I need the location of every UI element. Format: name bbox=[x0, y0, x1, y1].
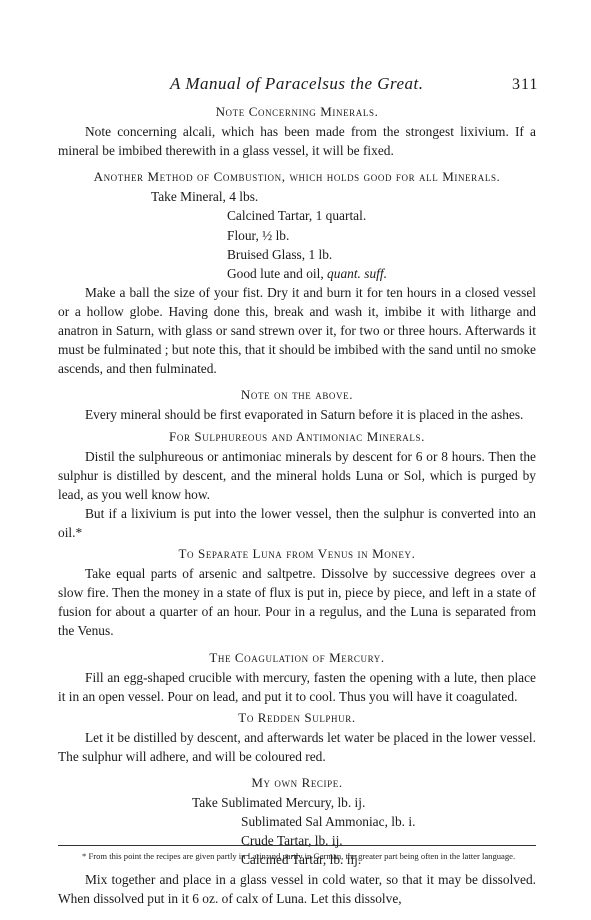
section-heading: To Separate Luna from Venus in Money. bbox=[58, 544, 536, 563]
recipe-item-text: Good lute and oil, bbox=[227, 266, 327, 281]
recipe-list: Take Mineral, 4 lbs. Calcined Tartar, 1 … bbox=[58, 187, 536, 282]
recipe-item: Bruised Glass, 1 lb. bbox=[58, 245, 536, 264]
footnote-rule bbox=[58, 845, 536, 846]
book-page: A Manual of Paracelsus the Great. 311 No… bbox=[0, 0, 591, 920]
footnote: * From this point the recipes are given … bbox=[58, 850, 536, 863]
paragraph: Fill an egg-shaped crucible with mercury… bbox=[58, 668, 536, 706]
recipe-item: Crude Tartar, lb. ij. bbox=[58, 831, 536, 850]
footnote-text: * From this point the recipes are given … bbox=[58, 850, 536, 863]
page-number: 311 bbox=[512, 76, 538, 94]
recipe-item-italic: quant. suff. bbox=[327, 266, 387, 281]
section-heading: Note on the above. bbox=[58, 385, 536, 404]
recipe-item: Sublimated Sal Ammoniac, lb. i. bbox=[58, 812, 536, 831]
paragraph: Mix together and place in a glass vessel… bbox=[58, 870, 536, 908]
recipe-item: Calcined Tartar, 1 quartal. bbox=[58, 206, 536, 225]
paragraph: Let it be distilled by descent, and afte… bbox=[58, 728, 536, 766]
paragraph: Note concerning alcali, which has been m… bbox=[58, 122, 536, 160]
paragraph: Make a ball the size of your fist. Dry i… bbox=[58, 283, 536, 378]
paragraph: Take equal parts of arsenic and saltpetr… bbox=[58, 564, 536, 640]
paragraph: Distil the sulphureous or antimoniac min… bbox=[58, 447, 536, 504]
section-heading: The Coagulation of Mercury. bbox=[58, 648, 536, 667]
recipe-take: Take Sublimated Mercury, lb. ij. bbox=[58, 793, 536, 812]
recipe-item: Flour, ½ lb. bbox=[58, 226, 536, 245]
section-heading: Another Method of Combustion, which hold… bbox=[58, 167, 536, 186]
section-heading: For Sulphureous and Antimoniac Minerals. bbox=[58, 427, 536, 446]
running-title: A Manual of Paracelsus the Great. bbox=[170, 74, 540, 94]
paragraph: Every mineral should be first evaporated… bbox=[58, 405, 536, 424]
paragraph: But if a lixivium is put into the lower … bbox=[58, 504, 536, 542]
page-body: Note Concerning Minerals. Note concernin… bbox=[58, 100, 536, 908]
recipe-item: Good lute and oil, quant. suff. bbox=[58, 264, 536, 283]
recipe-take: Take Mineral, 4 lbs. bbox=[58, 187, 536, 206]
section-heading: My own Recipe. bbox=[58, 773, 536, 792]
section-heading: To Redden Sulphur. bbox=[58, 708, 536, 727]
section-heading: Note Concerning Minerals. bbox=[58, 102, 536, 121]
